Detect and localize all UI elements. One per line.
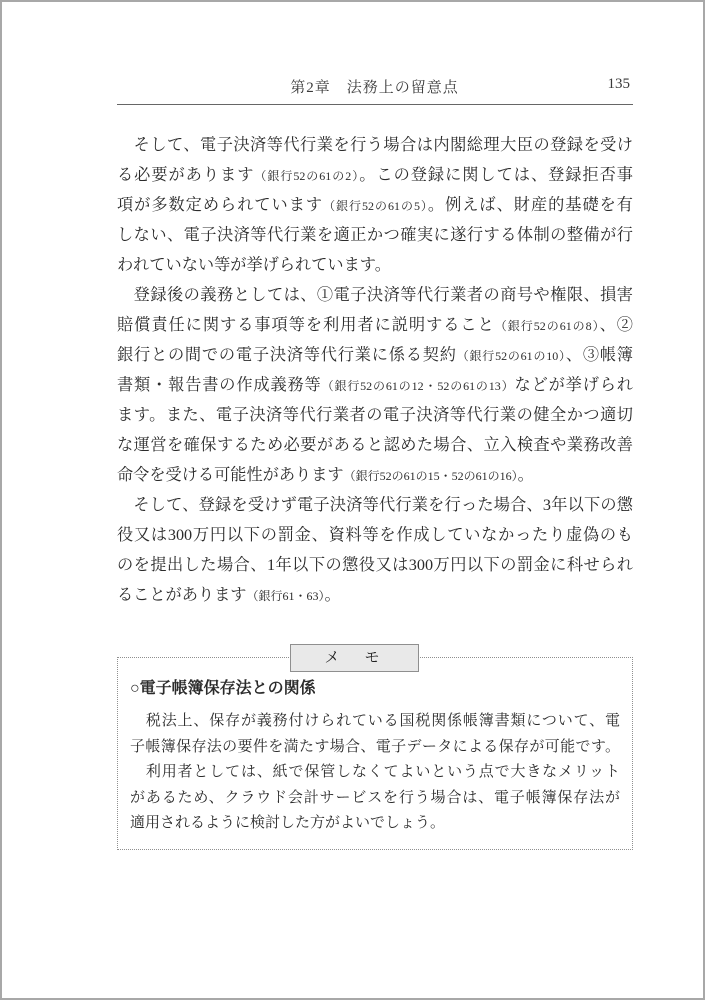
text-segment: 項が多数定められています [117, 196, 323, 214]
statute-reference: （銀行52の61の5） [323, 199, 428, 213]
body-text-line: な運営を確保するため必要があると認めた場合、立入検査や業務改善 [117, 430, 633, 460]
memo-text-line: 税法上、保存が義務付けられている国税関係帳簿書類について、電 [130, 709, 620, 735]
statute-reference: （銀行61・63） [247, 589, 325, 603]
running-head: 第2章 法務上の留意点 135 [117, 76, 632, 98]
text-segment: われていない等が挙げられています。 [117, 256, 391, 274]
text-segment: 、③帳簿 [566, 346, 633, 364]
text-segment: 、② [600, 316, 633, 334]
text-segment: ることがあります [117, 586, 247, 604]
body-text-line: そして、電子決済等代行業を行う場合は内閣総理大臣の登録を受け [117, 130, 633, 160]
memo-text-line: 適用されるように検討した方がよいでしょう。 [130, 811, 620, 837]
header-rule [117, 104, 633, 105]
statute-reference: （銀行52の61の8） [495, 319, 600, 333]
statute-reference: （銀行52の61の10） [457, 349, 566, 363]
text-segment: 利用者としては、紙で保管しなくてよいという点で大きなメリット [130, 764, 620, 780]
text-segment: そして、電子決済等代行業を行う場合は内閣総理大臣の登録を受け [117, 136, 633, 154]
text-segment: 役又は300万円以下の罰金、資料等を作成していなかったり虚偽のも [117, 526, 633, 544]
text-segment: があるため、クラウド会計サービスを行う場合は、電子帳簿保存法が [130, 790, 620, 806]
book-page: 第2章 法務上の留意点 135 そして、電子決済等代行業を行う場合は内閣総理大臣… [0, 0, 705, 1000]
text-segment: 。 [518, 466, 534, 484]
text-segment: る必要があります [117, 166, 254, 184]
text-segment: 。例えば、財産的基礎を有 [428, 196, 633, 214]
memo-text-line: 利用者としては、紙で保管しなくてよいという点で大きなメリット [130, 760, 620, 786]
memo-box: ○電子帳簿保存法との関係 税法上、保存が義務付けられている国税関係帳簿書類につい… [117, 657, 633, 850]
body-text-line: そして、登録を受けず電子決済等代行業を行った場合、3年以下の懲 [117, 490, 633, 520]
paragraph: そして、電子決済等代行業を行う場合は内閣総理大臣の登録を受ける必要があります（銀… [117, 130, 633, 280]
body-text: そして、電子決済等代行業を行う場合は内閣総理大臣の登録を受ける必要があります（銀… [117, 130, 633, 610]
body-text-line: る必要があります（銀行52の61の2）。この登録に関しては、登録拒否事 [117, 160, 633, 190]
text-segment: 適用されるように検討した方がよいでしょう。 [130, 815, 445, 831]
statute-reference: （銀行52の61の15・52の61の16） [344, 469, 518, 483]
body-text-line: ることがあります（銀行61・63）。 [117, 580, 633, 610]
body-text-line: われていない等が挙げられています。 [117, 250, 633, 280]
text-segment: 子帳簿保存法の要件を満たす場合、電子データによる保存が可能です。 [130, 739, 620, 755]
memo-heading: ○電子帳簿保存法との関係 [130, 678, 620, 700]
paragraph: そして、登録を受けず電子決済等代行業を行った場合、3年以下の懲役又は300万円以… [117, 490, 633, 610]
chapter-title: 第2章 法務上の留意点 [117, 76, 632, 97]
memo-text-line: があるため、クラウド会計サービスを行う場合は、電子帳簿保存法が [130, 786, 620, 812]
body-text-line: 命令を受ける可能性があります（銀行52の61の15・52の61の16）。 [117, 460, 633, 490]
paragraph: 登録後の義務としては、①電子決済等代行業者の商号や権限、損害賠償責任に関する事項… [117, 280, 633, 490]
body-text-line: 役又は300万円以下の罰金、資料等を作成していなかったり虚偽のも [117, 520, 633, 550]
statute-reference: （銀行52の61の2） [254, 169, 359, 183]
text-segment: 銀行との間での電子決済等代行業に係る契約 [117, 346, 457, 364]
body-text-line: 賠償責任に関する事項等を利用者に説明すること（銀行52の61の8）、② [117, 310, 633, 340]
body-text-line: しない、電子決済等代行業を適正かつ確実に遂行する体制の整備が行 [117, 220, 633, 250]
statute-reference: （銀行52の61の12・52の61の13） [322, 379, 515, 393]
body-text-line: 登録後の義務としては、①電子決済等代行業者の商号や権限、損害 [117, 280, 633, 310]
text-segment: 賠償責任に関する事項等を利用者に説明すること [117, 316, 495, 334]
text-segment: 命令を受ける可能性があります [117, 466, 344, 484]
memo-text-line: 子帳簿保存法の要件を満たす場合、電子データによる保存が可能です。 [130, 735, 620, 761]
memo-label-text: メ モ [324, 649, 384, 666]
page-number: 135 [608, 76, 631, 93]
memo-body: 税法上、保存が義務付けられている国税関係帳簿書類について、電子帳簿保存法の要件を… [130, 709, 620, 837]
text-segment: 。この登録に関しては、登録拒否事 [359, 166, 633, 184]
text-segment: のを提出した場合、1年以下の懲役又は300万円以下の罰金に科せられ [117, 556, 633, 574]
body-text-line: のを提出した場合、1年以下の懲役又は300万円以下の罰金に科せられ [117, 550, 633, 580]
text-segment: そして、登録を受けず電子決済等代行業を行った場合、3年以下の懲 [117, 496, 633, 514]
text-segment: 書類・報告書の作成義務等 [117, 376, 322, 394]
text-segment: 登録後の義務としては、①電子決済等代行業者の商号や権限、損害 [117, 286, 633, 304]
body-text-line: 項が多数定められています（銀行52の61の5）。例えば、財産的基礎を有 [117, 190, 633, 220]
text-segment: な運営を確保するため必要があると認めた場合、立入検査や業務改善 [117, 436, 633, 454]
text-segment: 。 [325, 586, 341, 604]
text-segment: ます。また、電子決済等代行業者の電子決済等代行業の健全かつ適切 [117, 406, 633, 424]
body-text-line: ます。また、電子決済等代行業者の電子決済等代行業の健全かつ適切 [117, 400, 633, 430]
text-segment: 税法上、保存が義務付けられている国税関係帳簿書類について、電 [130, 713, 620, 729]
text-segment: などが挙げられ [515, 376, 633, 394]
text-segment: しない、電子決済等代行業を適正かつ確実に遂行する体制の整備が行 [117, 226, 633, 244]
memo-label-badge: メ モ [290, 644, 419, 672]
body-text-line: 銀行との間での電子決済等代行業に係る契約（銀行52の61の10）、③帳簿 [117, 340, 633, 370]
body-text-line: 書類・報告書の作成義務等（銀行52の61の12・52の61の13）などが挙げられ [117, 370, 633, 400]
